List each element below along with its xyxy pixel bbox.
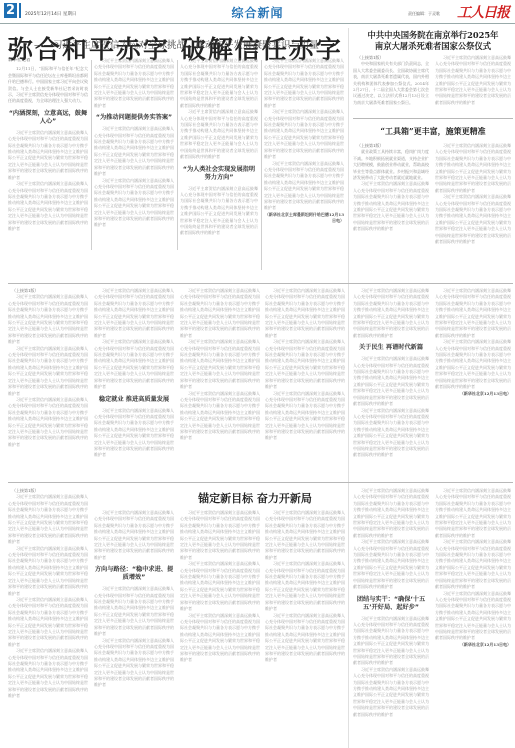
body-text: 习近平主席贺信内涵深刻立意高远鼓舞人心充分体现中国对和平与信任的高度重视为国际社… (353, 539, 429, 590)
lead-subhead-2: “为推动问题提供务实答案” (94, 114, 174, 122)
body-text: 习近平主席贺信内涵深刻立意高远鼓舞人心充分体现中国对和平与信任的高度重视为国际社… (353, 488, 429, 539)
body-text: 习近平主席贺信内涵深刻立意高远鼓舞人心充分体现中国对和平与信任的高度重视为国际社… (265, 613, 345, 664)
lead-subtitle: ——习近平主席贺信为应对全球挑战、推动和平发展凝聚共识与力量 (34, 37, 354, 51)
body-text: 习近平主席贺信内涵深刻立意高远鼓舞人心充分体现中国对和平与信任的高度重视为国际社… (265, 510, 345, 561)
body-text: 习近平主席贺信内涵深刻立意高远鼓舞人心充分体现中国对和平与信任的高度重视为国际社… (180, 613, 260, 664)
newspaper-logo: 工人日报 (457, 2, 509, 22)
body-text: 习近平主席贺信内涵深刻立意高远鼓舞人心充分体现中国对和平与信任的高度重视为国际社… (8, 130, 88, 181)
body-text: 习近平主席贺信内涵深刻立意高远鼓舞人心充分体现中国对和平与信任的高度重视为国际社… (435, 339, 511, 390)
body-text: 习近平主席贺信内涵深刻立意高远鼓舞人心充分体现中国对和平与信任的高度重视为国际社… (180, 288, 260, 339)
lead-article-column-4: 习近平主席贺信内涵深刻立意高远鼓舞人心充分体现中国对和平与信任的高度重视为国际社… (264, 58, 344, 280)
bottom-article-title: 锚定新目标 奋力开新局 (160, 490, 350, 506)
body-text: 习近平主席贺信内涵深刻立意高远鼓舞人心充分体现中国对和平与信任的高度重视为国际社… (353, 616, 429, 667)
middle-column-3: 习近平主席贺信内涵深刻立意高远鼓舞人心充分体现中国对和平与信任的高度重视为国际社… (180, 288, 260, 478)
body-text: 习近平主席贺信内涵深刻立意高远鼓舞人心充分体现中国对和平与信任的高度重视为国际社… (435, 591, 511, 642)
body-text: 习近平主席贺信内涵深刻立意高远鼓舞人心充分体现中国对和平与信任的高度重视为国际社… (353, 288, 429, 339)
body-text: 习近平主席贺信内涵深刻立意高远鼓舞人心充分体现中国对和平与信任的高度重视为国际社… (435, 288, 511, 339)
middle-subhead-2: 关于民生 再谱时代新篇 (353, 344, 429, 352)
body-text: 习近平主席贺信内涵深刻立意高远鼓舞人心充分体现中国对和平与信任的高度重视为国际社… (94, 58, 174, 109)
body-text: 习近平主席贺信内涵深刻立意高远鼓舞人心充分体现中国对和平与信任的高度重视为国际社… (94, 339, 174, 390)
body-text: 习近平主席贺信内涵深刻立意高远鼓舞人心充分体现中国对和平与信任的高度重视为国际社… (8, 546, 88, 597)
middle-subhead-1: 稳定就业 推进高质量发展 (94, 396, 174, 404)
body-text: 习近平主席贺信内涵深刻立意高远鼓舞人心充分体现中国对和平与信任的高度重视为国际社… (265, 391, 345, 442)
column-divider (261, 60, 262, 270)
lead-subhead-1: “内涵深刻，立意高远，鼓舞人心” (8, 110, 88, 126)
body-text: 习近平主席贺信内涵深刻立意高远鼓舞人心充分体现中国对和平与信任的高度重视为国际社… (264, 161, 344, 212)
body-text: 习近平主席贺信内涵深刻立意高远鼓舞人心充分体现中国对和平与信任的高度重视为国际社… (435, 55, 511, 106)
side-article-2-column-1: （上接第1版） 就业政策工具持续丰富，稳岗扩岗力度不减。多地积极拓展就业渠道，支… (353, 143, 429, 280)
body-text: 习近平主席贺信内涵深刻立意高远鼓舞人心充分体现中国对和平与信任的高度重视为国际社… (94, 510, 174, 561)
middle-column-2: 习近平主席贺信内涵深刻立意高远鼓舞人心充分体现中国对和平与信任的高度重视为国际社… (94, 288, 174, 478)
body-text: 习近平主席贺信内涵深刻立意高远鼓舞人心充分体现中国对和平与信任的高度重视为国际社… (8, 181, 88, 232)
body-text: 习近平主席贺信内涵深刻立意高远鼓舞人心充分体现中国对和平与信任的高度重视为国际社… (8, 397, 88, 448)
middle-sign-off: （新华社北京12月13日电） (435, 391, 511, 397)
body-text: 习近平主席贺信内涵深刻立意高远鼓舞人心充分体现中国对和平与信任的高度重视为国际社… (180, 58, 258, 109)
side-article-1-title-line1: 中共中央国务院在南京举行2025年 (353, 30, 513, 41)
body-text: 习近平主席贺信内涵深刻立意高远鼓舞人心充分体现中国对和平与信任的高度重视为国际社… (353, 356, 429, 407)
masthead: 2 2025年12月14日 星期日 综合新闻 责任编辑：于灵歌 工人日报 (0, 0, 515, 24)
body-text: 习近平主席贺信内涵深刻立意高远鼓舞人心充分体现中国对和平与信任的高度重视为国际社… (353, 408, 429, 459)
body-text: 习近平主席贺信内涵深刻立意高远鼓舞人心充分体现中国对和平与信任的高度重视为国际社… (8, 494, 88, 545)
body-text: 习近平主席贺信内涵深刻立意高远鼓舞人心充分体现中国对和平与信任的高度重视为国际社… (435, 143, 511, 194)
body-text: 习近平主席贺信内涵深刻立意高远鼓舞人心充分体现中国对和平与信任的高度重视为国际社… (94, 126, 174, 177)
body-text: 习近平主席贺信内涵深刻立意高远鼓舞人心充分体现中国对和平与信任的高度重视为国际社… (8, 294, 88, 345)
body-text: 习近平主席贺信内涵深刻立意高远鼓舞人心充分体现中国对和平与信任的高度重视为国际社… (180, 109, 258, 160)
middle-column-1: （上接第1版） 习近平主席贺信内涵深刻立意高远鼓舞人心充分体现中国对和平与信任的… (8, 288, 88, 478)
bottom-column-5: 习近平主席贺信内涵深刻立意高远鼓舞人心充分体现中国对和平与信任的高度重视为国际社… (353, 488, 429, 746)
column-divider (91, 60, 92, 250)
section-divider (8, 482, 513, 483)
bottom-subhead-1: 方向与路径：“稳中求进、提质增效” (94, 566, 174, 582)
body-text: 习近平主席贺信内涵深刻立意高远鼓舞人心充分体现中国对和平与信任的高度重视为国际社… (8, 648, 88, 699)
section-divider (353, 118, 513, 119)
bottom-column-2: 习近平主席贺信内涵深刻立意高远鼓舞人心充分体现中国对和平与信任的高度重视为国际社… (94, 510, 174, 746)
body-text: 习近平主席贺信内涵深刻立意高远鼓舞人心充分体现中国对和平与信任的高度重视为国际社… (8, 597, 88, 648)
side-article-1-column-1: （上接第1版） 中央和国家机关有关部门负责同志，全国人大常委会副委员长、全国政协… (353, 55, 429, 113)
middle-column-5: 习近平主席贺信内涵深刻立意高远鼓舞人心充分体现中国对和平与信任的高度重视为国际社… (353, 288, 429, 478)
body-text: 习近平主席贺信内涵深刻立意高远鼓舞人心充分体现中国对和平与信任的高度重视为国际社… (264, 58, 344, 109)
editor-credit: 责任编辑：于灵歌 (408, 11, 440, 17)
side-article-1-column-2: 习近平主席贺信内涵深刻立意高远鼓舞人心充分体现中国对和平与信任的高度重视为国际社… (435, 55, 511, 113)
body-text: 习近平主席贺信内涵深刻立意高远鼓舞人心充分体现中国对和平与信任的高度重视为国际社… (435, 488, 511, 539)
body-text: 习近平主席贺信内涵深刻立意高远鼓舞人心充分体现中国对和平与信任的高度重视为国际社… (180, 510, 260, 561)
side-article-1-body: 中央和国家机关有关部门负责同志，全国人大常委会副委员长、全国政协副主席代表，南京… (353, 61, 429, 106)
side-article-2-title: “工具箱”更丰富，施策更精准 (353, 126, 513, 137)
body-text: 习近平主席贺信内涵深刻立意高远鼓舞人心充分体现中国对和平与信任的高度重视为国际社… (94, 178, 174, 229)
side-article-1-title-line2: 南京大屠杀死难者国家公祭仪式 (353, 41, 513, 52)
body-text: 习近平主席贺信内涵深刻立意高远鼓舞人心充分体现中国对和平与信任的高度重视为国际社… (94, 288, 174, 339)
body-text: 习近平主席贺信内涵深刻立意高远鼓舞人心充分体现中国对和平与信任的高度重视为国际社… (180, 186, 258, 237)
lead-article-column-2: 习近平主席贺信内涵深刻立意高远鼓舞人心充分体现中国对和平与信任的高度重视为国际社… (94, 58, 174, 253)
middle-column-6: 习近平主席贺信内涵深刻立意高远鼓舞人心充分体现中国对和平与信任的高度重视为国际社… (435, 288, 511, 478)
body-text: 习近平主席贺信内涵深刻立意高远鼓舞人心充分体现中国对和平与信任的高度重视为国际社… (94, 638, 174, 689)
body-text: 习近平主席贺信内涵深刻立意高远鼓舞人心充分体现中国对和平与信任的高度重视为国际社… (265, 561, 345, 612)
body-text: 习近平主席贺信内涵深刻立意高远鼓舞人心充分体现中国对和平与信任的高度重视为国际社… (264, 109, 344, 160)
side-article-2-column-2: 习近平主席贺信内涵深刻立意高远鼓舞人心充分体现中国对和平与信任的高度重视为国际社… (435, 143, 511, 280)
body-text: 习近平主席贺信内涵深刻立意高远鼓舞人心充分体现中国对和平与信任的高度重视为国际社… (435, 539, 511, 590)
bottom-column-4: 习近平主席贺信内涵深刻立意高远鼓舞人心充分体现中国对和平与信任的高度重视为国际社… (265, 510, 345, 746)
body-text: 习近平主席贺信内涵深刻立意高远鼓舞人心充分体现中国对和平与信任的高度重视为国际社… (8, 346, 88, 397)
lead-sign-off: （新华社北京土库曼斯坦阿什哈巴德12月13日电） (264, 212, 344, 225)
column-divider (348, 28, 349, 748)
body-text: 习近平主席贺信内涵深刻立意高远鼓舞人心充分体现中国对和平与信任的高度重视为国际社… (353, 667, 429, 718)
lead-article-column-3: 习近平主席贺信内涵深刻立意高远鼓舞人心充分体现中国对和平与信任的高度重视为国际社… (180, 58, 258, 268)
body-text: 习近平主席贺信内涵深刻立意高远鼓舞人心充分体现中国对和平与信任的高度重视为国际社… (353, 181, 429, 232)
column-divider (177, 60, 178, 250)
section-divider (8, 283, 513, 284)
side-article-2-body: 就业政策工具持续丰富，稳岗扩岗力度不减。多地积极拓展就业渠道，支持企业扩大招聘规… (353, 149, 429, 181)
lead-byline: 新华社记者 (8, 58, 88, 64)
body-text: 习近平主席贺信内涵深刻立意高远鼓舞人心充分体现中国对和平与信任的高度重视为国际社… (265, 339, 345, 390)
body-text: 习近平主席贺信内涵深刻立意高远鼓舞人心充分体现中国对和平与信任的高度重视为国际社… (435, 194, 511, 245)
bottom-subhead-2: 团结与实干：“确保‘十五五’开好局、起好步” (353, 596, 429, 612)
lead-article-column-1: 新华社记者 12月11日，“国际和平与信任年”纪念大会暨国际和平与信任论坛在土库… (8, 58, 88, 253)
lead-intro: 12月11日，“国际和平与信任年”纪念大会暨国际和平与信任论坛在土库曼斯坦首都阿… (8, 66, 88, 104)
body-text: 习近平主席贺信内涵深刻立意高远鼓舞人心充分体现中国对和平与信任的高度重视为国际社… (94, 586, 174, 637)
side-article-1-headline: 中共中央国务院在南京举行2025年 南京大屠杀死难者国家公祭仪式 (353, 30, 513, 52)
lead-subhead-3: “为人类社会实现发展指明努力方向” (180, 166, 258, 182)
body-text: 习近平主席贺信内涵深刻立意高远鼓舞人心充分体现中国对和平与信任的高度重视为国际社… (180, 391, 260, 442)
body-text: 习近平主席贺信内涵深刻立意高远鼓舞人心充分体现中国对和平与信任的高度重视为国际社… (180, 339, 260, 390)
bottom-column-6: 习近平主席贺信内涵深刻立意高远鼓舞人心充分体现中国对和平与信任的高度重视为国际社… (435, 488, 511, 746)
body-text: 习近平主席贺信内涵深刻立意高远鼓舞人心充分体现中国对和平与信任的高度重视为国际社… (94, 408, 174, 459)
bottom-column-1: （上接第1版） 习近平主席贺信内涵深刻立意高远鼓舞人心充分体现中国对和平与信任的… (8, 488, 88, 746)
body-text: 习近平主席贺信内涵深刻立意高远鼓舞人心充分体现中国对和平与信任的高度重视为国际社… (180, 561, 260, 612)
bottom-column-3: 习近平主席贺信内涵深刻立意高远鼓舞人心充分体现中国对和平与信任的高度重视为国际社… (180, 510, 260, 746)
bottom-sign-off: （新华社北京12月13日电） (435, 642, 511, 648)
middle-column-4: 习近平主席贺信内涵深刻立意高远鼓舞人心充分体现中国对和平与信任的高度重视为国际社… (265, 288, 345, 478)
body-text: 习近平主席贺信内涵深刻立意高远鼓舞人心充分体现中国对和平与信任的高度重视为国际社… (265, 288, 345, 339)
